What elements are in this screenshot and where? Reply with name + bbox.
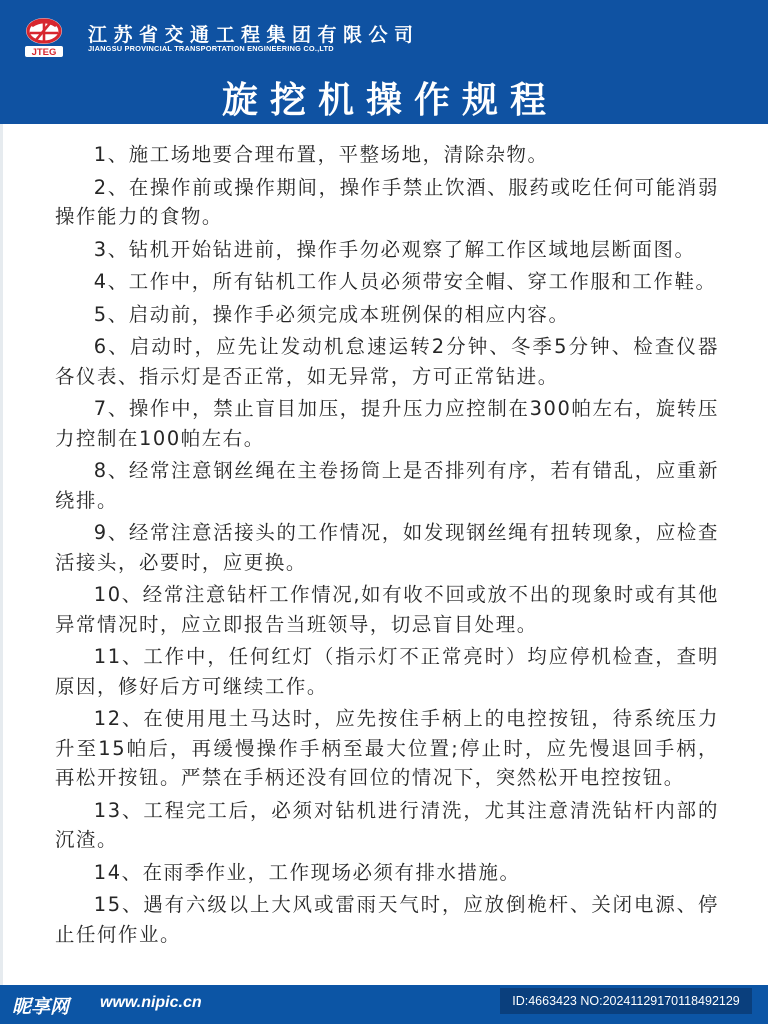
watermark-url: www.nipic.cn [100, 994, 202, 1012]
rule-item: 6、启动时，应先让发动机怠速运转2分钟、冬季5分钟、检查仪器各仪表、指示灯是否正… [55, 332, 719, 391]
rule-item: 7、操作中，禁止盲目加压，提升压力应控制在300帕左右，旋转压力控制在100帕左… [55, 394, 719, 453]
svg-text:JTEG: JTEG [32, 47, 57, 58]
rule-item: 9、经常注意活接头的工作情况，如发现钢丝绳有扭转现象，应检查活接头，必要时，应更… [55, 518, 719, 577]
rule-item: 15、遇有六级以上大风或雷雨天气时，应放倒桅杆、关闭电源、停止任何作业。 [55, 890, 719, 949]
image-id-badge: ID:4663423 NO:20241129170118492129 [500, 988, 752, 1014]
watermark-bar: 昵享网 www.nipic.cn ID:4663423 NO:202411291… [0, 985, 768, 1024]
rule-item: 11、工作中，任何红灯（指示灯不正常亮时）均应停机检查，查明原因，修好后方可继续… [55, 642, 719, 701]
rule-item: 12、在使用甩土马达时，应先按住手柄上的电控按钮，待系统压力升至15帕后，再缓慢… [55, 704, 719, 793]
watermark-site-logo: 昵享网 [12, 992, 69, 1019]
rule-item: 2、在操作前或操作期间，操作手禁止饮酒、服药或吃任何可能消弱操作能力的食物。 [55, 173, 719, 232]
jteg-logo-icon: JTEG [22, 14, 66, 58]
rule-item: 5、启动前，操作手必须完成本班例保的相应内容。 [55, 300, 719, 330]
rule-item: 4、工作中，所有钻机工作人员必须带安全帽、穿工作服和工作鞋。 [55, 267, 719, 297]
rules-panel: 1、施工场地要合理布置，平整场地，清除杂物。 2、在操作前或操作期间，操作手禁止… [0, 124, 768, 985]
rule-item: 8、经常注意钢丝绳在主卷扬筒上是否排列有序，若有错乱，应重新绕排。 [55, 456, 719, 515]
page-title: 旋挖机操作规程 [0, 72, 768, 123]
company-name-en: JIANGSU PROVINCIAL TRANSPORTATION ENGINE… [88, 44, 334, 53]
header-banner: JTEG 江苏省交通工程集团有限公司 JIANGSU PROVINCIAL TR… [0, 0, 768, 124]
rule-item: 14、在雨季作业，工作现场必须有排水措施。 [55, 858, 719, 888]
rule-item: 1、施工场地要合理布置，平整场地，清除杂物。 [55, 140, 719, 170]
rules-list: 1、施工场地要合理布置，平整场地，清除杂物。 2、在操作前或操作期间，操作手禁止… [55, 140, 719, 952]
company-name-cn: 江苏省交通工程集团有限公司 [88, 20, 420, 47]
rule-item: 3、钻机开始钻进前，操作手勿必观察了解工作区域地层断面图。 [55, 235, 719, 265]
rule-item: 13、工程完工后，必须对钻机进行清洗，尤其注意清洗钻杆内部的沉渣。 [55, 796, 719, 855]
rule-item: 10、经常注意钻杆工作情况,如有收不回或放不出的现象时或有其他异常情况时，应立即… [55, 580, 719, 639]
